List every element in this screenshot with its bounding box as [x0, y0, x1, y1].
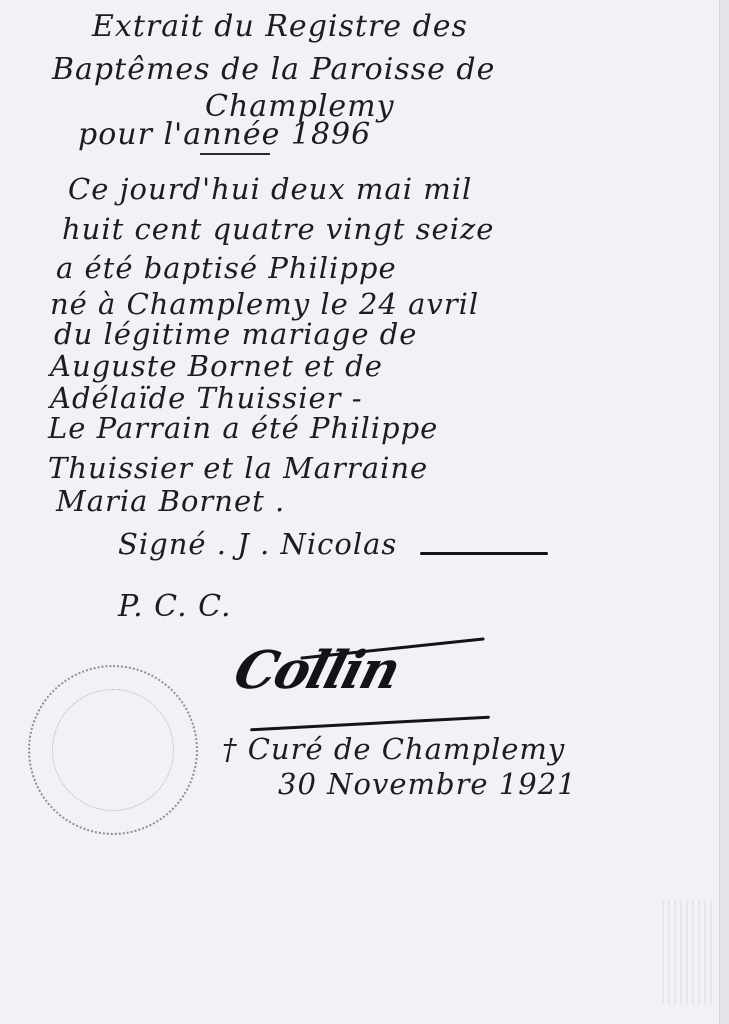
parish-seal-stamp — [28, 665, 198, 835]
body-line-9: Thuissier et la Marraine — [48, 454, 428, 483]
certification-pcc: P. C. C. — [118, 592, 232, 622]
body-line-5: du légitime mariage de — [54, 320, 417, 349]
header-year: pour l'année 1896 — [78, 120, 371, 150]
page-edge — [719, 0, 729, 1024]
signature-flourish-underline — [250, 716, 490, 732]
body-line-3: a été baptisé Philippe — [56, 254, 397, 283]
signed-underline — [420, 552, 548, 555]
signature-title: † Curé de Champlemy — [222, 735, 565, 764]
header-line-2: Baptêmes de la Paroisse de — [52, 55, 495, 85]
header-divider — [200, 153, 270, 155]
body-line-2: huit cent quatre vingt seize — [62, 215, 494, 244]
body-line-8: Le Parrain a été Philippe — [48, 414, 438, 443]
body-line-10: Maria Bornet . — [56, 487, 285, 516]
signed-by-line: Signé . J . Nicolas — [118, 530, 397, 559]
body-line-1: Ce jourd'hui deux mai mil — [68, 175, 472, 204]
signature-date: 30 Novembre 1921 — [278, 770, 577, 799]
header-line-1: Extrait du Registre des — [92, 12, 468, 42]
stamp-inner-ring — [52, 689, 174, 811]
document-page: Extrait du Registre des Baptêmes de la P… — [0, 0, 722, 1024]
body-line-6: Auguste Bornet et de — [50, 352, 383, 381]
paper-smudge — [662, 900, 712, 1005]
body-line-4: né à Champlemy le 24 avril — [50, 290, 479, 319]
body-line-7: Adélaïde Thuissier - — [50, 384, 363, 413]
